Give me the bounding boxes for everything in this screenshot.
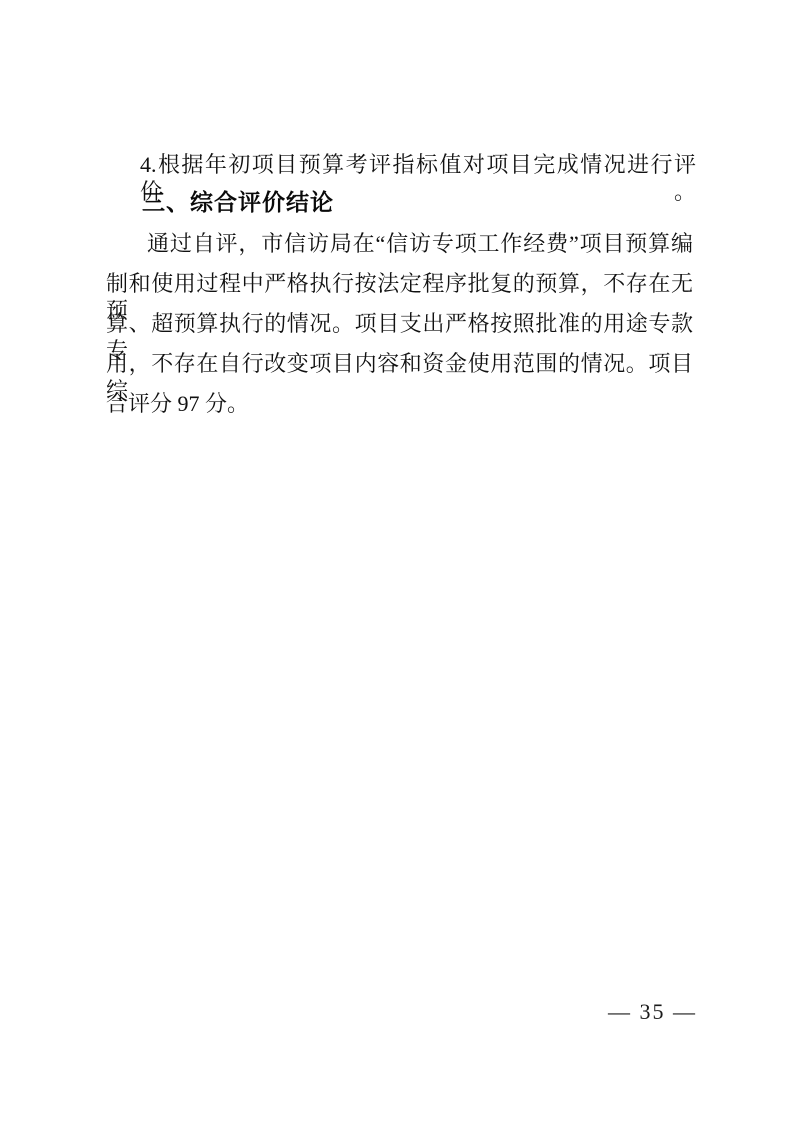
section-heading: 三、综合评价结论 [142,189,334,216]
paragraph-line: 合评分 97 分。 [106,390,249,417]
paragraph-line: 通过自评，市信访局在“信访专项工作经费”项目预算编 [147,230,693,257]
document-page: 4.根据年初项目预算考评指标值对项目完成情况进行评价。 三、综合评价结论 通过自… [0,0,793,1122]
page-number: — 35 — [608,999,697,1025]
